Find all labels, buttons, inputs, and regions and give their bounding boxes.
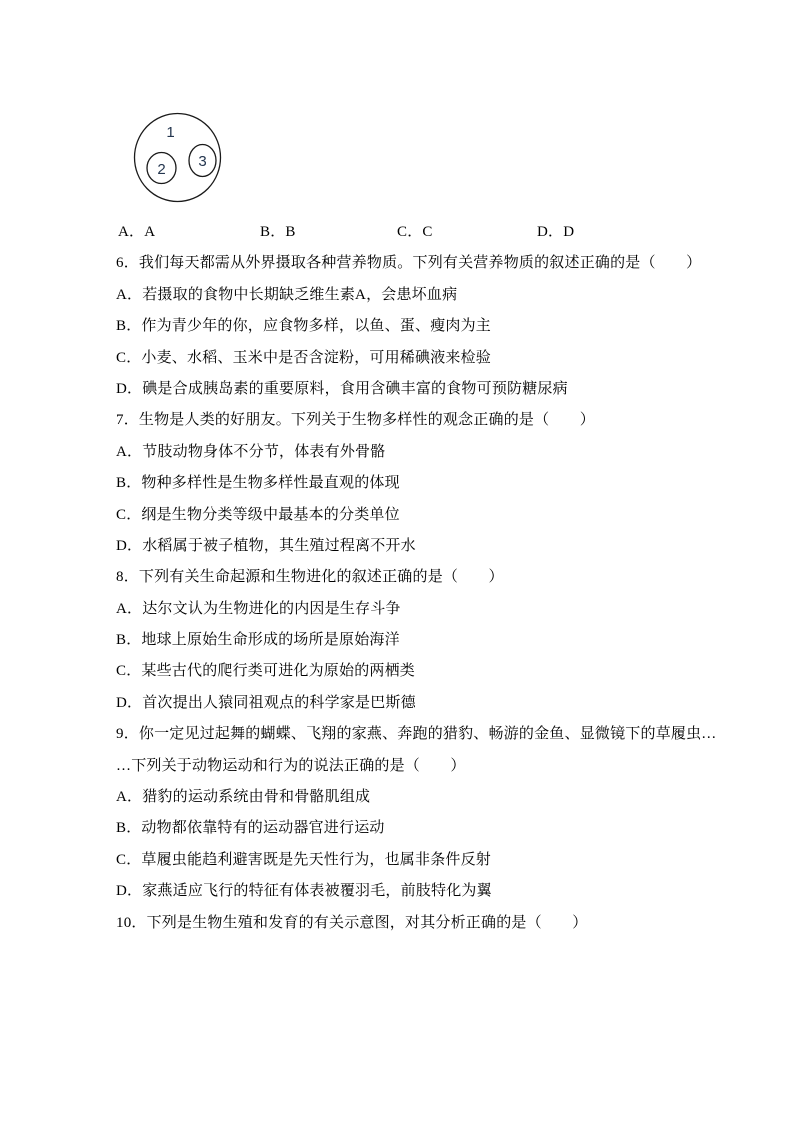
- question-6-option-d: D．碘是合成胰岛素的重要原料，食用含碘丰富的食物可预防糖尿病: [116, 374, 756, 405]
- question-6-stem: 6．我们每天都需从外界摄取各种营养物质。下列有关营养物质的叙述正确的是（ ）: [116, 248, 756, 279]
- question-10-stem: 10．下列是生物生殖和发育的有关示意图，对其分析正确的是（ ）: [116, 908, 756, 939]
- question-6-option-a: A．若摄取的食物中长期缺乏维生素A，会患坏血病: [116, 280, 756, 311]
- nested-circles-diagram: 1 2 3: [133, 112, 223, 205]
- question-6-option-c: C．小麦、水稻、玉米中是否含淀粉，可用稀碘液来检验: [116, 343, 756, 374]
- question-8-option-d: D．首次提出人猿同祖观点的科学家是巴斯德: [116, 688, 756, 719]
- question-text-block: A．A B．B C．C D．D 6．我们每天都需从外界摄取各种营养物质。下列有关…: [116, 217, 756, 939]
- question-7-stem: 7．生物是人类的好朋友。下列关于生物多样性的观念正确的是（ ）: [116, 405, 756, 436]
- question-8-option-b: B．地球上原始生命形成的场所是原始海洋: [116, 625, 756, 656]
- question-8-option-a: A．达尔文认为生物进化的内因是生存斗争: [116, 594, 756, 625]
- question-7-option-c: C．纲是生物分类等级中最基本的分类单位: [116, 500, 756, 531]
- question-9-stem-line2: …下列关于动物运动和行为的说法正确的是（ ）: [116, 751, 756, 782]
- answer-choices-row: A．A B．B C．C D．D: [116, 217, 756, 248]
- inner-right-circle-label: 3: [198, 153, 206, 170]
- answer-choice-a: A．A: [118, 217, 155, 248]
- question-6-option-b: B．作为青少年的你，应食物多样，以鱼、蛋、瘦肉为主: [116, 311, 756, 342]
- question-8-stem: 8．下列有关生命起源和生物进化的叙述正确的是（ ）: [116, 562, 756, 593]
- inner-left-circle-label: 2: [157, 161, 165, 178]
- answer-choice-c: C．C: [397, 217, 433, 248]
- document-page: 1 2 3 A．A B．B C．C D．D 6．我们每天都需从外界摄取各种营养物…: [0, 0, 794, 1123]
- outer-circle-label: 1: [166, 124, 174, 141]
- question-8-option-c: C．某些古代的爬行类可进化为原始的两栖类: [116, 656, 756, 687]
- question-9-option-b: B．动物都依靠特有的运动器官进行运动: [116, 813, 756, 844]
- question-9-option-a: A．猎豹的运动系统由骨和骨骼肌组成: [116, 782, 756, 813]
- answer-choice-b: B．B: [260, 217, 296, 248]
- question-9-stem-line1: 9．你一定见过起舞的蝴蝶、飞翔的家燕、奔跑的猎豹、畅游的金鱼、显微镜下的草履虫…: [116, 719, 756, 750]
- outer-circle: [135, 114, 221, 202]
- question-7-option-b: B．物种多样性是生物多样性最直观的体现: [116, 468, 756, 499]
- question-9-option-c: C．草履虫能趋利避害既是先天性行为，也属非条件反射: [116, 845, 756, 876]
- answer-choice-d: D．D: [537, 217, 574, 248]
- question-7-option-d: D．水稻属于被子植物，其生殖过程离不开水: [116, 531, 756, 562]
- question-9-option-d: D．家燕适应飞行的特征有体表被覆羽毛，前肢特化为翼: [116, 876, 756, 907]
- question-7-option-a: A．节肢动物身体不分节，体表有外骨骼: [116, 437, 756, 468]
